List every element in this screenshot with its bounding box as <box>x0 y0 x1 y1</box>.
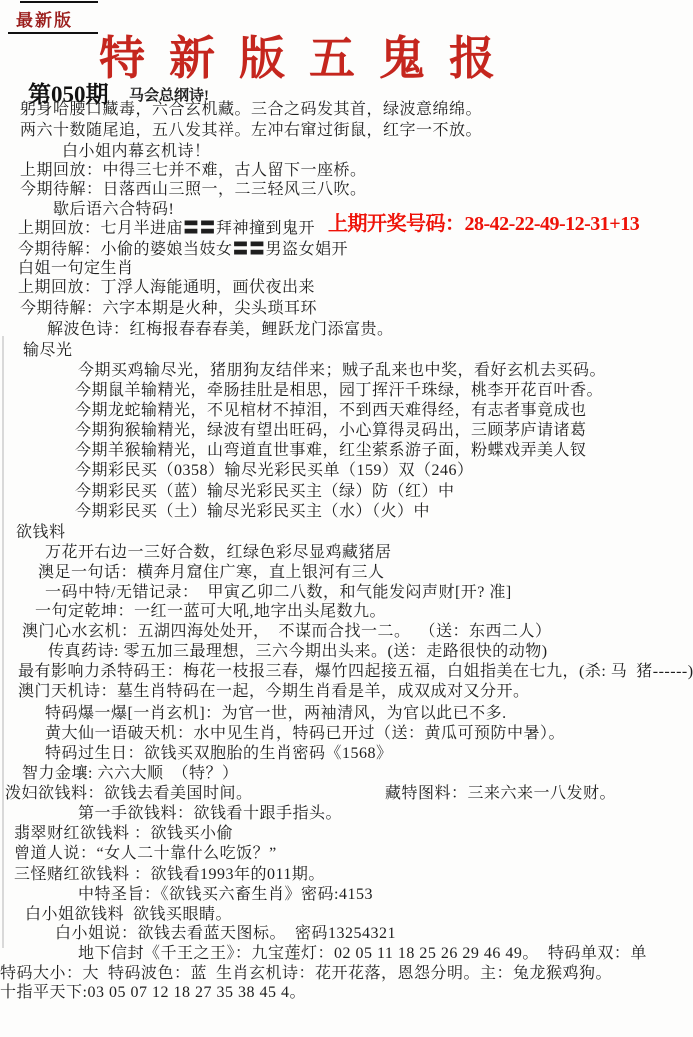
text-line: 地下信封《千王之王》：九宝莲灯：02 05 11 18 25 26 29 46 … <box>78 945 647 963</box>
text-line: 泼妇欲钱料：欲钱去看美国时间。 <box>5 785 253 803</box>
text-line: 今期买鸡输尽光，猪朋狗友结伴来；贼子乱来也中奖，看好玄机去买码。 <box>78 362 606 380</box>
text-line: 十指平天下:03 05 07 12 18 27 35 38 45 4。 <box>0 984 306 1002</box>
badge-underline-rule <box>8 32 98 34</box>
text-line: 今期待解：小偷的婆娘当妓女〓〓男盗女娼开 <box>18 241 348 259</box>
document-page: 最新版 特新版五鬼报 第050期 马会总纲诗! 上期开奖号码：28-42-22-… <box>0 0 693 1037</box>
last-draw-numbers: 上期开奖号码：28-42-22-49-12-31+13 <box>328 207 639 236</box>
latest-edition-badge: 最新版 <box>16 6 73 31</box>
masthead-top-rule <box>20 1 98 3</box>
text-line: 解波色诗：红梅报春春春美，鲤跃龙门添富贵。 <box>47 321 394 339</box>
text-line: 翡翠财红欲钱料 ：欲钱买小偷 <box>14 825 233 843</box>
text-line: 传真药诗: 零五加三最理想，三六今期出头来。(送：走路很快的动物) <box>48 643 548 661</box>
text-line: 一句定乾坤：一红一蓝可大吼,地字出头尾数九。 <box>35 603 386 621</box>
text-line: 澳足一句话：横奔月窟住广寒，直上银河有三人 <box>38 564 385 582</box>
text-line: 歇后语六合特码! <box>53 201 174 219</box>
text-line: 黄大仙一语破天机：水中见生肖，特码已开过（送：黄瓜可预防中暑）。 <box>45 725 565 743</box>
text-line: 上期回放：丁浮人海能通明，画伏夜出来 <box>18 279 315 297</box>
text-line: 一码中特/无错记录： 甲寅乙卯二八数，和气能发闷声财[开? 准] <box>45 584 512 602</box>
text-line: 澳门天机诗：墓生肖特码在一起，今期生肖看是羊，成双成对又分开。 <box>18 683 530 701</box>
text-line: 智力金壤: 六六大顺 （特？） <box>22 765 238 783</box>
text-line: 今期彩民买（土）输尽光彩民买主（水）（火）中 <box>75 503 430 521</box>
page-title: 特新版五鬼报 <box>99 22 519 88</box>
text-line: 今期待解：六字本期是火种，尖头琐耳环 <box>20 300 317 318</box>
text-line: 欲钱料 <box>16 524 66 542</box>
text-line: 今期待解：日落西山三照一，二三轻风三八吹。 <box>20 181 367 199</box>
text-line: 曾道人说：“女人二十靠什么吃饭？” <box>14 845 277 863</box>
text-line: 白姐一句定生肖 <box>18 260 134 278</box>
text-line: 白小姐说：欲钱去看蓝天图标。 密码13254321 <box>55 925 396 943</box>
text-line: 上期回放：中得三七并不难，古人留下一座桥。 <box>20 162 367 180</box>
text-line: 今期鼠羊输精光，牵肠挂肚是相思，园丁挥汗千珠绿，桃李开花百叶香。 <box>75 382 603 400</box>
text-line: 第一手欲钱料：欲钱看十跟手指头。 <box>78 805 342 823</box>
text-line: 白小姐内幕玄机诗！ <box>62 143 211 161</box>
text-line: 今期彩民买（蓝）输尽光彩民买主（绿）防（红）中 <box>75 483 455 501</box>
text-line: 中特圣旨：《欲钱买六畜生肖》密码:4153 <box>78 886 373 904</box>
text-line: 万花开右边一三好合数，红绿色彩尽显鸡藏猪居 <box>45 544 392 562</box>
text-line: 两六十数随尾追，五八发其祥。左冲右窜过街鼠，红字一不放。 <box>20 122 482 140</box>
text-line: 躬身哈腰口藏毒，六合玄机藏。三合之码发其首，绿波意绵绵。 <box>20 101 482 119</box>
text-line: 输尽光 <box>23 342 73 360</box>
text-line: 今期羊猴输精光，山弯道直世事难，红尘萦系游子面，粉蝶戏弄美人钗 <box>75 442 587 460</box>
text-line: 特码爆一爆[一肖玄机]：为官一世，两袖清风，为官以此已不多. <box>45 705 507 723</box>
text-line: 特码过生日：欲钱买双胞胎的生肖密码《1568》 <box>45 745 393 763</box>
text-line: 三怪赌红欲钱料 ：欲钱看1993年的011期。 <box>14 866 325 884</box>
text-line: 今期彩民买（0358）输尽光彩民买单（159）双（246） <box>75 462 474 480</box>
text-line: 特码大小：大 特码波色：蓝 生肖玄机诗：花开花落，恩怨分明。主：兔龙猴鸡狗。 <box>0 965 612 983</box>
left-margin-scan-line <box>2 336 4 948</box>
text-line: 上期回放：七月半进庙〓〓拜神撞到鬼开 <box>18 220 315 238</box>
text-line: 最有影响力杀特码王：梅花一枝报三春，爆竹四起接五福，白姐指美在七九，(杀: 马 … <box>18 663 693 681</box>
text-line: 今期龙蛇输精光，不见棺材不掉泪，不到西天难得经，有志者事竟成也 <box>75 402 587 420</box>
text-line: 白小姐欲钱料 欲钱买眼睛。 <box>25 906 232 924</box>
text-line: 澳门心水玄机：五湖四海处处开， 不谋而合找一二。 （送：东西二人） <box>22 623 552 641</box>
text-line: 藏特图料：三来六来一八发财。 <box>385 785 616 803</box>
text-line: 今期狗猴输精光，绿波有望出旺码，小心算得灵码出，三顾茅庐请诸葛 <box>75 422 587 440</box>
